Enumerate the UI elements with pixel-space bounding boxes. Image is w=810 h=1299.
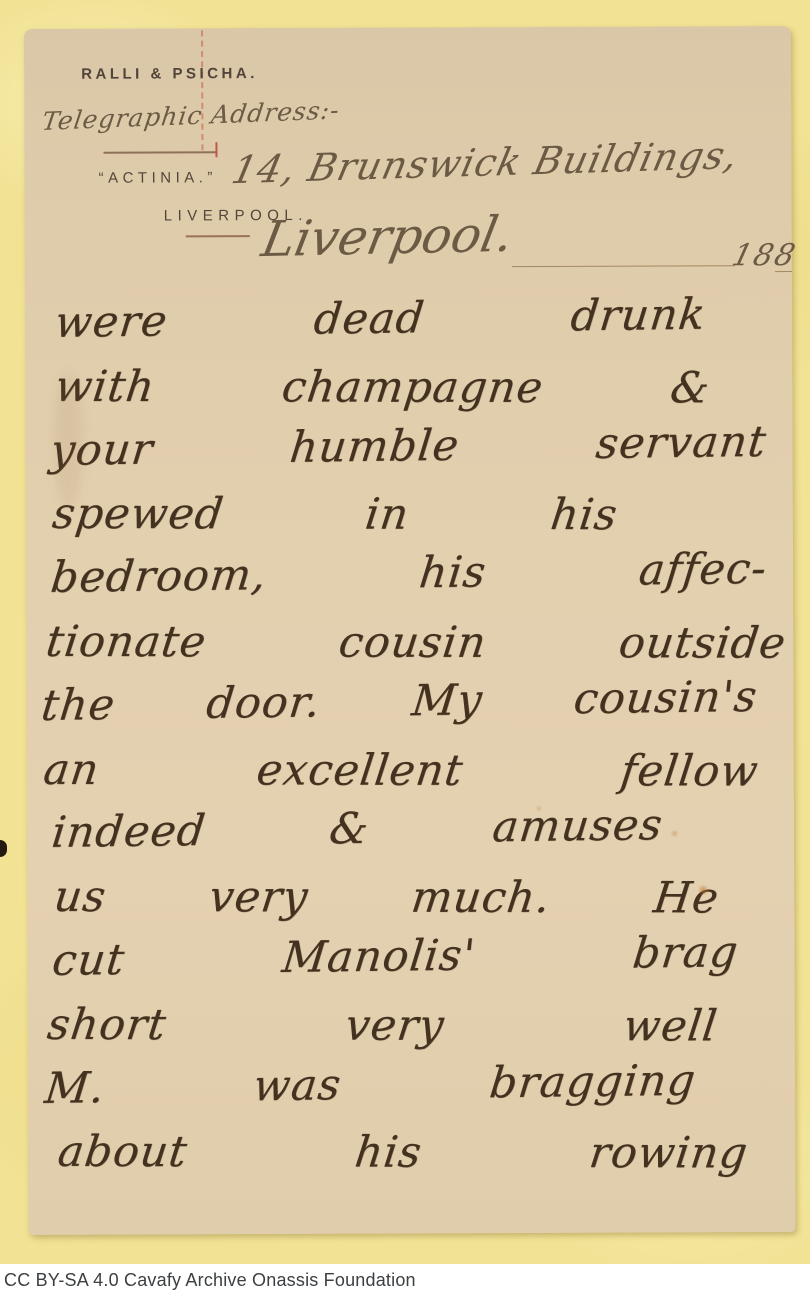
dateline-rule — [512, 265, 735, 267]
handwritten-line: us very much. He — [50, 865, 722, 930]
telegraphic-underline — [103, 151, 217, 153]
red-registration-mark — [201, 30, 203, 150]
red-tick-mark — [215, 142, 217, 157]
letterhead-street-address: 14, Brunswick Buildings, — [228, 133, 743, 192]
handwritten-line: spewed in his — [49, 482, 622, 547]
handwritten-line: short very well — [44, 993, 721, 1058]
telegraphic-name: “ACTINIA.” — [99, 169, 217, 186]
handwritten-line: bedroom, his affec- — [48, 537, 771, 610]
letter-page: RALLI & PSICHA. Telegraphic Address:- “A… — [24, 26, 796, 1235]
telegraphic-address-label: Telegraphic Address:- — [40, 95, 341, 136]
handwritten-line: indeed & amuses — [49, 794, 667, 865]
handwritten-line: M. was bragging — [42, 1048, 700, 1120]
dateline-rule-short — [775, 271, 792, 272]
license-caption: CC BY-SA 4.0 Cavafy Archive Onassis Foun… — [4, 1270, 416, 1291]
dateline-year: 188 — [729, 238, 801, 273]
handwritten-line: cut Manolis' brag — [49, 920, 742, 992]
letterhead-company-name: RALLI & PSICHA. — [81, 65, 258, 83]
handwritten-line: your humble servant — [47, 409, 770, 482]
handwritten-line: the door. My cousin's — [38, 665, 761, 738]
handwritten-line: were dead drunk — [52, 283, 710, 355]
handwritten-line: with champagne & — [51, 355, 713, 420]
city-underline — [186, 235, 250, 237]
dateline-city: Liverpool. — [257, 206, 518, 269]
license-caption-bar: CC BY-SA 4.0 Cavafy Archive Onassis Foun… — [0, 1264, 810, 1299]
handwritten-body: were dead drunk with champagne & your hu… — [25, 288, 795, 1184]
handwritten-line: about his rowing — [54, 1120, 751, 1185]
